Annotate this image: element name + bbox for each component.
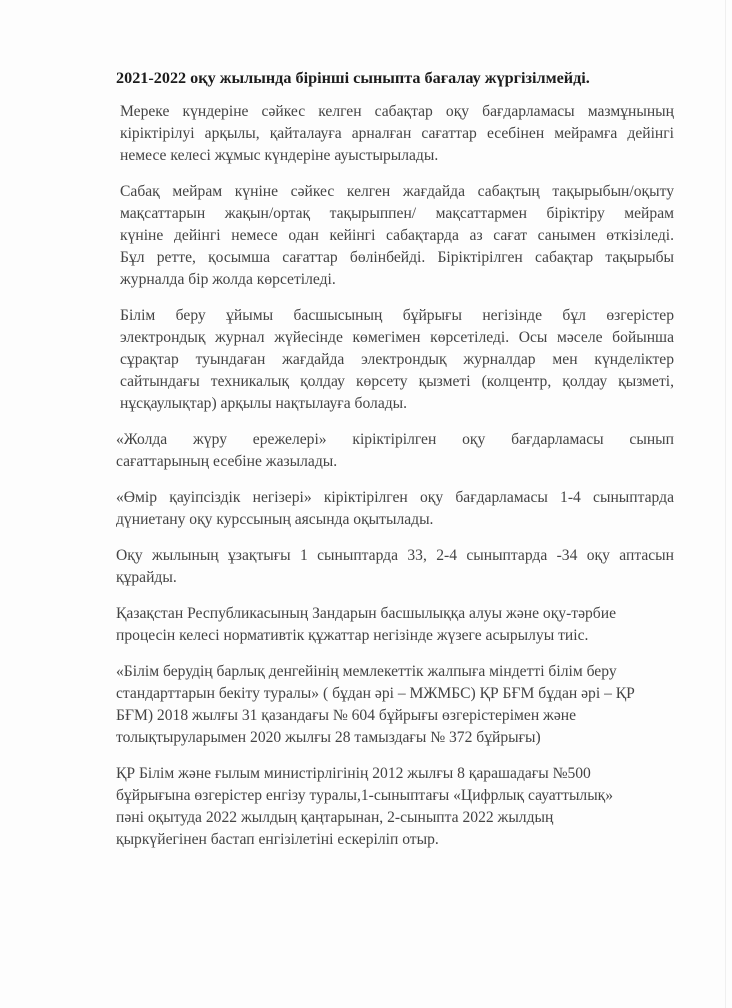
text-line: Оқу жылының ұзақтығы 1 сыныптарда 33, 2-… [116, 545, 674, 567]
text-line: Сабақ мейрам күніне сәйкес келген жағдай… [116, 181, 674, 203]
text-line: «Өмір қауіпсіздік негізері» кіріктірілге… [116, 487, 674, 509]
text-line: толықтыруларымен 2020 жылғы 28 тамыздағы… [116, 727, 674, 749]
text-line: кіріктірілуі арқылы, қайталауға арналған… [116, 123, 674, 145]
text-line: сайтындағы техникалық қолдау көрсету қыз… [116, 371, 674, 393]
document-title: 2021-2022 оқу жылында бірінші сыныпта ба… [116, 67, 674, 89]
document-body: 2021-2022 оқу жылында бірінші сыныпта ба… [116, 67, 674, 865]
text-line: БҒМ) 2018 жылғы 31 қазандағы № 604 бұйры… [116, 705, 674, 727]
paragraph-school-year-length: Оқу жылының ұзақтығы 1 сыныптарда 33, 2-… [116, 545, 674, 589]
scanned-page: 2021-2022 оқу жылында бірінші сыныпта ба… [0, 0, 732, 1008]
paragraph-life-safety: «Өмір қауіпсіздік негізері» кіріктірілге… [116, 487, 674, 531]
text-line: немесе келесі жұмыс күндеріне ауыстырыла… [116, 145, 674, 167]
text-line: сұрақтар туындаған жағдайда электрондық … [116, 349, 674, 371]
text-line: ҚР Білім және ғылым министірлігінің 2012… [116, 763, 674, 785]
text-line: Бұл ретте, қосымша сағаттар бөлінбейді. … [116, 247, 674, 269]
text-line: сағаттарының есебіне жазылады. [116, 451, 674, 473]
text-line: бұйрығына өзгерістер енгізу туралы,1-сын… [116, 785, 674, 807]
text-line: нұсқаулықтар) арқылы нақтылауға болады. [116, 393, 674, 415]
paragraph-legal-basis: Қазақстан Республикасының Зандарын басшы… [116, 603, 674, 647]
paragraph-standards-order: «Білім берудің барлық денгейінің мемлеке… [116, 661, 674, 749]
text-line: Мереке күндеріне сәйкес келген сабақтар … [116, 101, 674, 123]
paragraph-lesson-merging: Сабақ мейрам күніне сәйкес келген жағдай… [116, 181, 674, 291]
text-line: журналда бір жолда көрсетіледі. [116, 269, 674, 291]
text-line: құрайды. [116, 567, 674, 589]
text-line: Қазақстан Республикасының Зандарын басшы… [116, 603, 674, 625]
scan-edge [725, 0, 726, 1008]
text-line: «Жолда жүру ережелері» кіріктірілген оқу… [116, 429, 674, 451]
text-line: мақсаттарын жақын/ортақ тақырыппен/ мақс… [116, 203, 674, 225]
paragraph-electronic-journal: Білім беру ұйымы басшысының бұйрығы негі… [116, 305, 674, 415]
text-line: қыркүйегінен бастап енгізілетіні ескеріл… [116, 829, 674, 851]
paragraph-digital-literacy: ҚР Білім және ғылым министірлігінің 2012… [116, 763, 674, 851]
paragraph-holiday-lessons: Мереке күндеріне сәйкес келген сабақтар … [116, 101, 674, 167]
text-line: пәні оқытуда 2022 жылдың қаңтарынан, 2-с… [116, 807, 674, 829]
text-line: күніне дейінгі немесе одан кейінгі сабақ… [116, 225, 674, 247]
text-line: процесін келесі нормативтік құжаттар нег… [116, 625, 674, 647]
text-line: «Білім берудің барлық денгейінің мемлеке… [116, 661, 674, 683]
text-line: стандарттарын бекіту туралы» ( бұдан әрі… [116, 683, 674, 705]
text-line: дүниетану оқу курссының аясында оқытылад… [116, 509, 674, 531]
paragraph-road-rules: «Жолда жүру ережелері» кіріктірілген оқу… [116, 429, 674, 473]
text-line: электрондық журнал жүйесінде көмегімен к… [116, 327, 674, 349]
text-line: Білім беру ұйымы басшысының бұйрығы негі… [116, 305, 674, 327]
